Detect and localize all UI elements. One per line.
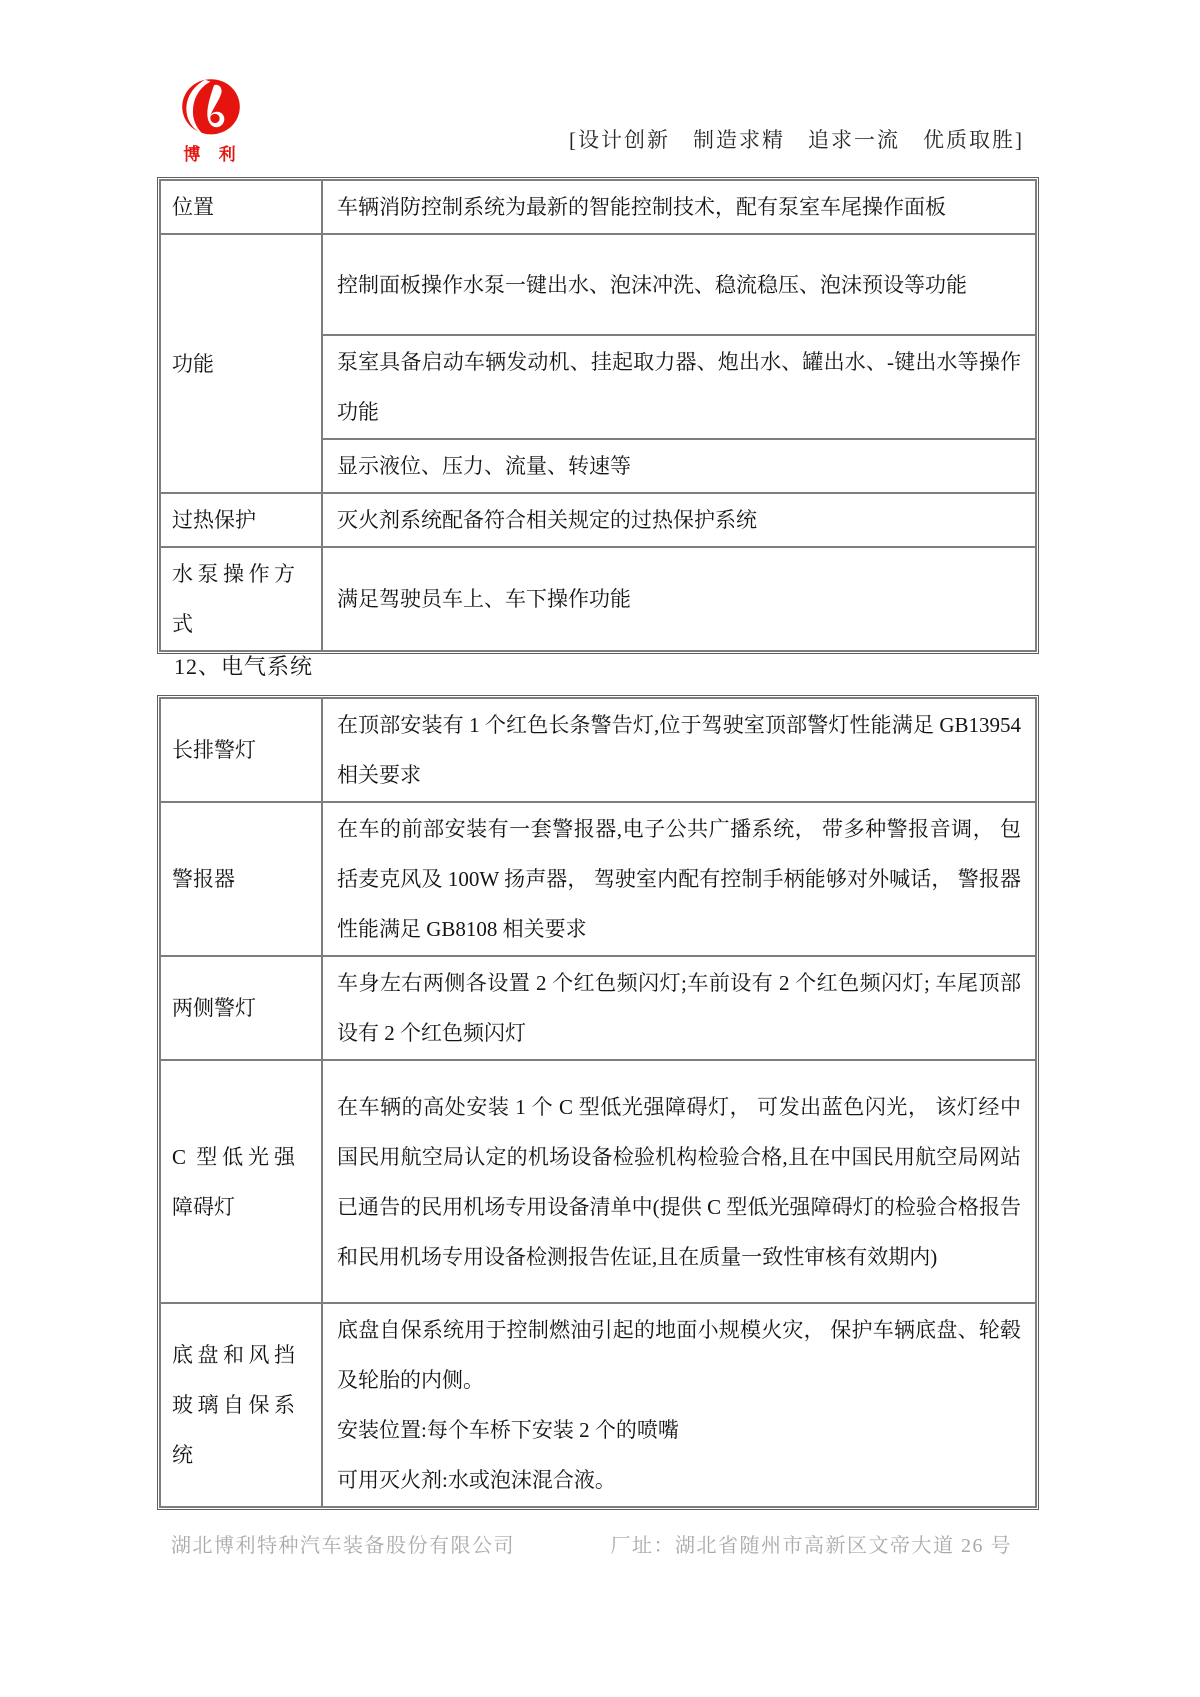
spec-content-paragraph: 安装位置:每个车桥下安装 2 个的喷嘴 [337,1405,1021,1455]
logo-wordmark: 博 利 [176,140,246,165]
spec-row-content: 底盘自保系统用于控制燃油引起的地面小规模火灾， 保护车辆底盘、轮毂及轮胎的内侧。… [322,1303,1036,1507]
company-logo: 博 利 [176,78,246,165]
spec-row-label: 两侧警灯 [160,956,322,1060]
spec-row-label: 底盘和风挡玻璃自保系统 [160,1303,322,1507]
spec-row-content: 车身左右两侧各设置 2 个红色频闪灯;车前设有 2 个红色频闪灯; 车尾顶部设有… [322,956,1036,1060]
header-slogan: [设计创新 制造求精 追求一流 优质取胜] [569,124,1024,154]
spec-row-label: 警报器 [160,802,322,956]
spec-row-content: 车辆消防控制系统为最新的智能控制技术，配有泵室车尾操作面板 [322,180,1036,234]
spec-row-content: 满足驾驶员车上、车下操作功能 [322,547,1036,651]
brand-swirl-icon [176,78,246,138]
spec-row-content: 灭火剂系统配备符合相关规定的过热保护系统 [322,493,1036,547]
spec-row-content: 在车辆的高处安装 1 个 C 型低光强障碍灯， 可发出蓝色闪光， 该灯经中国民用… [322,1060,1036,1303]
spec-row-label: 功能 [160,234,322,493]
footer-company-name: 湖北博利特种汽车装备股份有限公司 [171,1529,515,1558]
spec-row-label: 长排警灯 [160,698,322,802]
spec-row-content: 显示液位、压力、流量、转速等 [322,439,1036,493]
spec-row-content: 在车的前部安装有一套警报器,电子公共广播系统， 带多种警报音调， 包括麦克风及 … [322,802,1036,956]
spec-row-label: C 型低光强障碍灯 [160,1060,322,1303]
spec-row-label: 水泵操作方式 [160,547,322,651]
spec-row-label: 位置 [160,180,322,234]
spec-row-content: 在顶部安装有 1 个红色长条警告灯,位于驾驶室顶部警灯性能满足 GB13954 … [322,698,1036,802]
spec-content-paragraph: 底盘自保系统用于控制燃油引起的地面小规模火灾， 保护车辆底盘、轮毂及轮胎的内侧。 [337,1305,1021,1405]
electrical-system-spec-table: 长排警灯 在顶部安装有 1 个红色长条警告灯,位于驾驶室顶部警灯性能满足 GB1… [157,695,1039,1510]
pump-control-spec-table: 位置 车辆消防控制系统为最新的智能控制技术，配有泵室车尾操作面板 功能 控制面板… [157,177,1039,654]
section-title: 12、电气系统 [174,650,313,681]
footer-factory-address: 厂址：湖北省随州市高新区文帝大道 26 号 [611,1529,1013,1558]
spec-content-paragraph: 可用灭火剂:水或泡沫混合液。 [337,1455,1021,1505]
spec-row-content: 控制面板操作水泵一键出水、泡沫冲洗、稳流稳压、泡沫预设等功能 [322,234,1036,335]
document-page: { "header": { "logo_text": "博 利", "sloga… [0,0,1200,1697]
spec-row-content: 泵室具备启动车辆发动机、挂起取力器、炮出水、罐出水、-键出水等操作功能 [322,335,1036,439]
spec-row-label: 过热保护 [160,493,322,547]
